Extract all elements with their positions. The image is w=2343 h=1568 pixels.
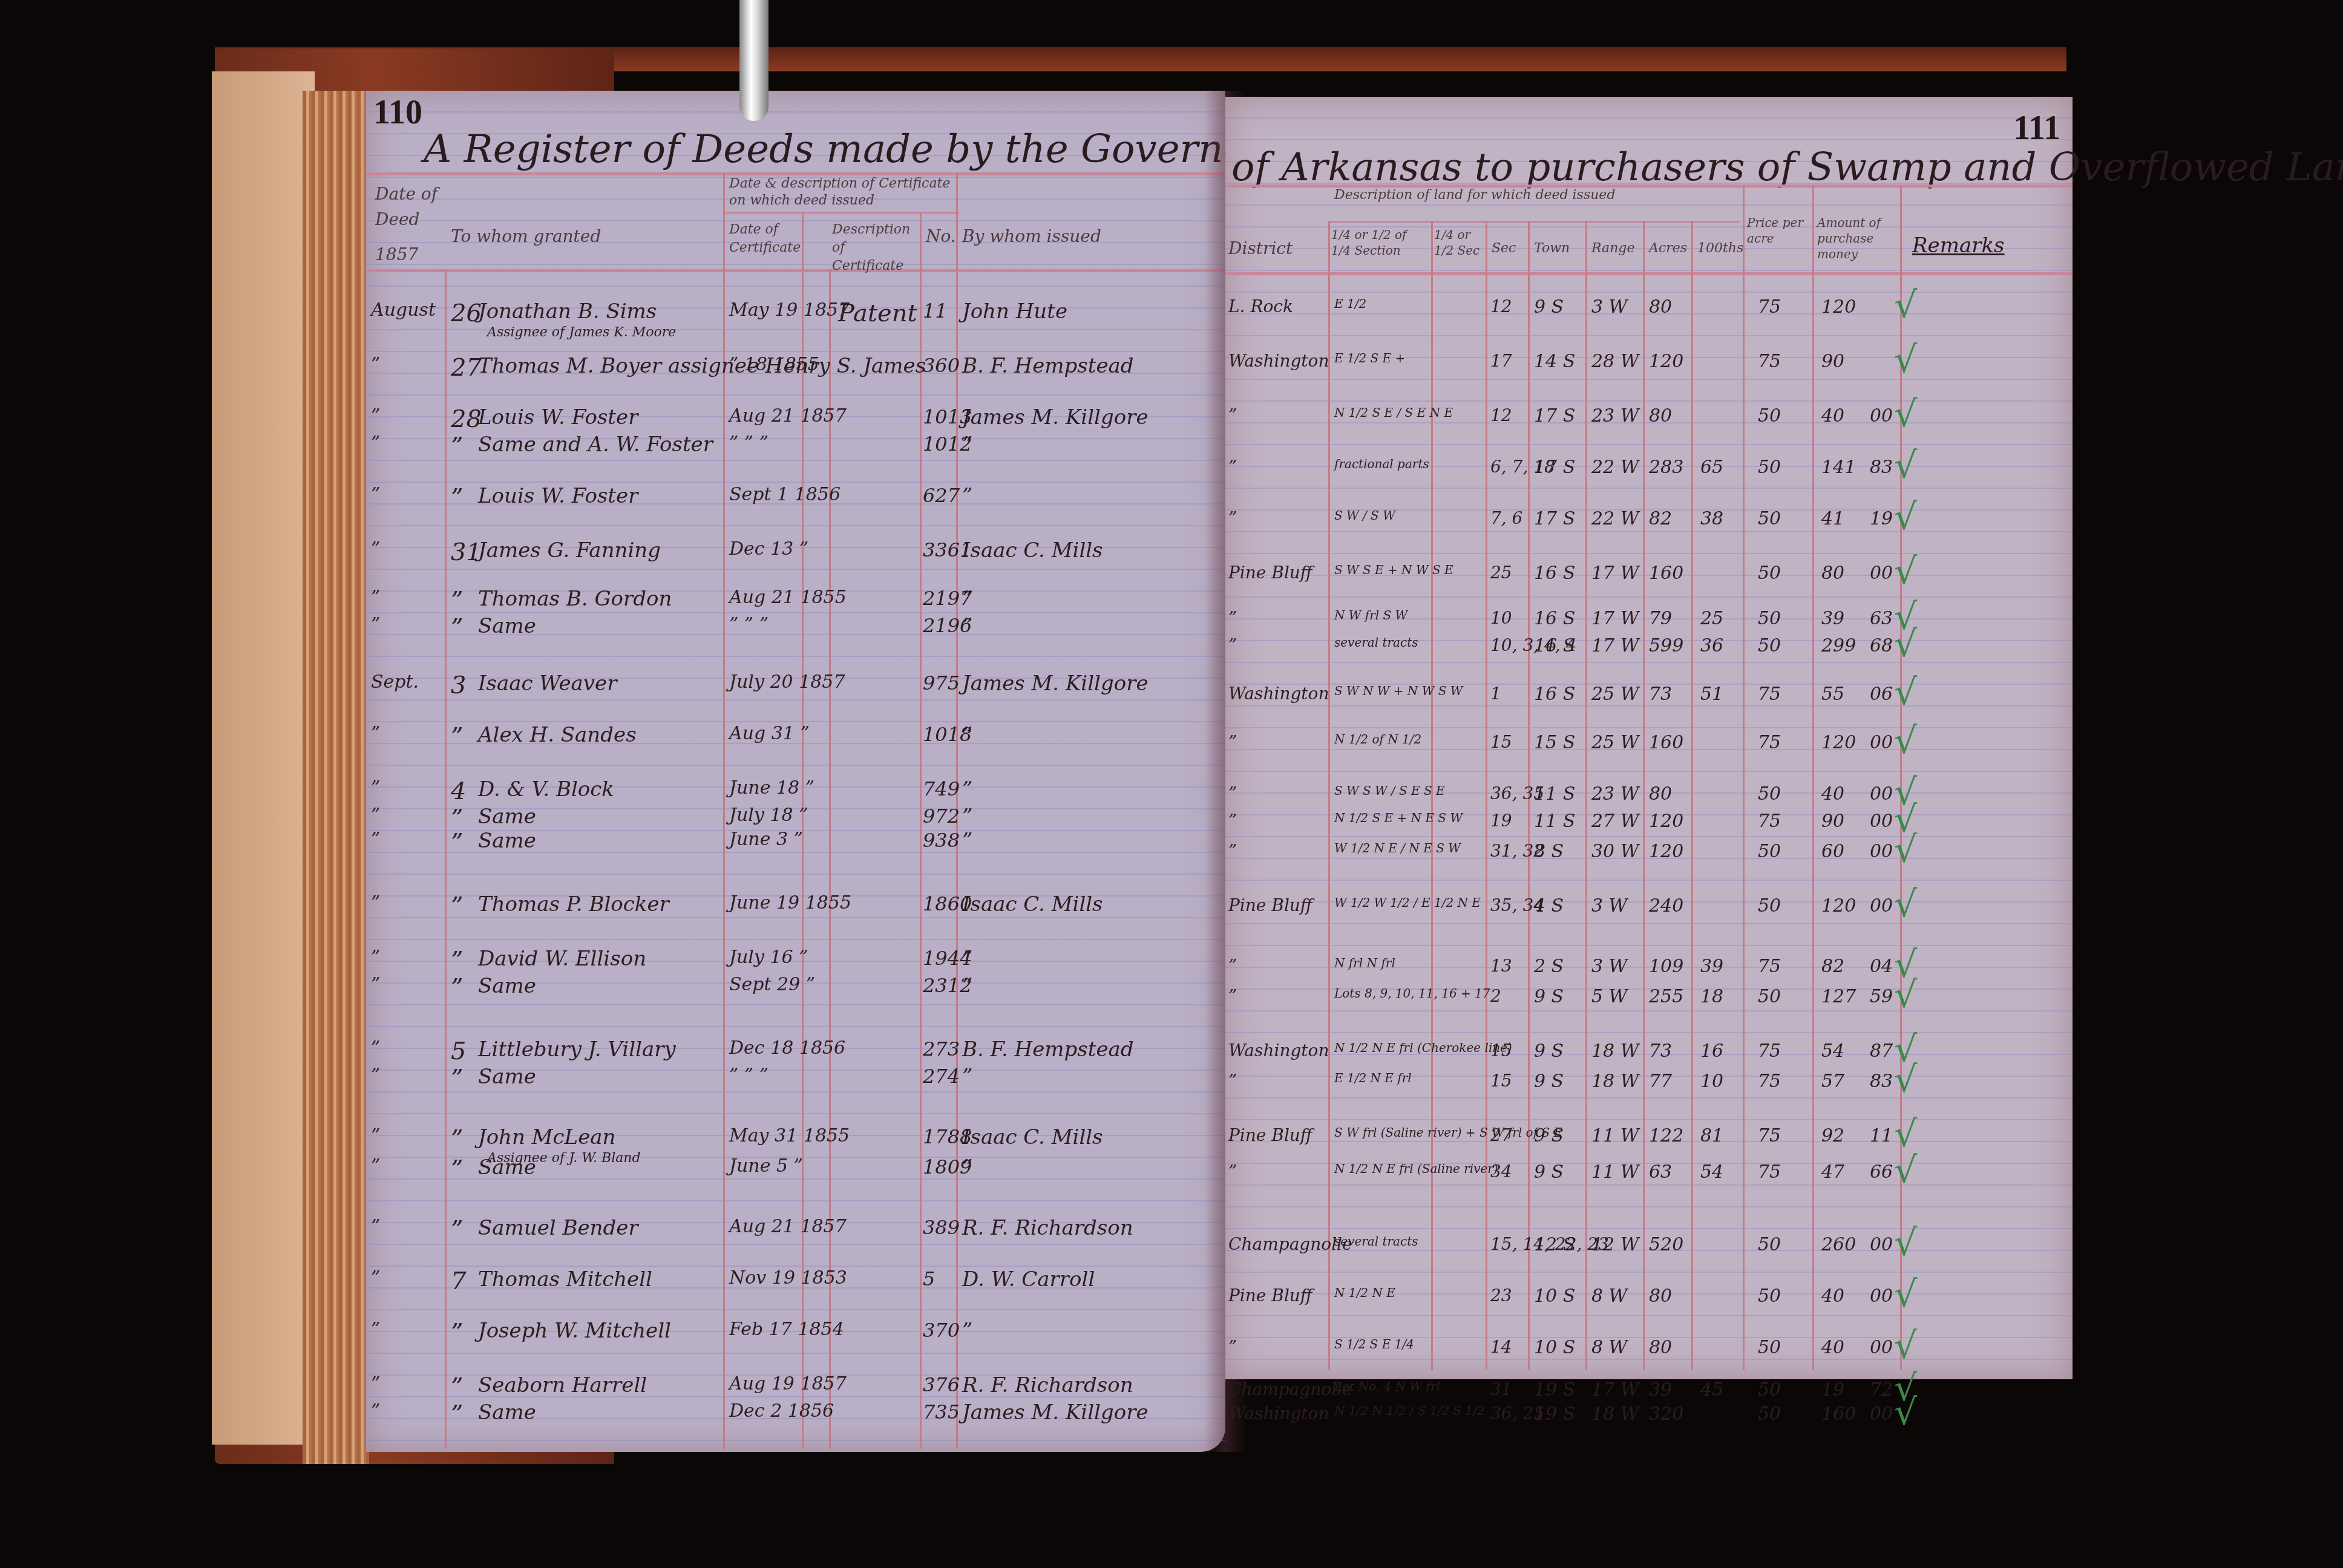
purchase-amount: 41 [1821,508,1844,529]
land-description: S W S E + N W S E [1334,563,1453,577]
township: 12 S [1534,1234,1575,1255]
issued-by: Isaac C. Mills [962,538,1103,563]
district: Champagnolle [1228,1379,1352,1399]
certificate-date: June 18 ” [729,777,814,799]
certificate-date: ” 18 1855 [729,354,819,375]
issued-by: ” [962,484,972,508]
acres-hundredths: 81 [1700,1125,1723,1146]
deed-day: 26 [451,299,482,327]
purchase-amount-cents: 00 [1870,841,1893,862]
header-sec: Sec [1492,236,1516,261]
section: 14 [1490,1337,1512,1357]
range: 18 W [1591,1040,1639,1062]
certificate-number: 735 [923,1400,960,1423]
certificate-date: May 19 1857 [729,299,850,321]
certificate-date: Nov 19 1853 [729,1267,847,1289]
township: 19 S [1534,1379,1575,1400]
section: 31 [1490,1379,1512,1399]
land-description: Lot No. 4 N W frl [1334,1379,1440,1394]
price-per-acre: 50 [1758,457,1781,478]
purchase-amount: 40 [1821,405,1844,426]
purchase-amount: 120 [1821,732,1856,753]
header-number: No. [926,224,956,249]
price-per-acre: 50 [1758,1285,1781,1307]
purchase-amount: 40 [1821,783,1844,805]
issued-by: ” [962,1155,972,1180]
range: 23 W [1591,405,1639,426]
deed-day: ” [451,1373,463,1401]
checkmark-icon: √ [1894,393,1917,436]
district: ” [1228,405,1237,425]
purchase-amount-cents: 00 [1870,1285,1893,1307]
grantee-name: Thomas M. Boyer assignee Henry S. James [478,354,926,378]
certificate-date: Dec 13 ” [729,538,808,560]
certificate-date: Aug 21 1857 [729,405,847,426]
price-per-acre: 50 [1758,635,1781,656]
issued-by: R. F. Richardson [962,1373,1133,1397]
land-description: fractional parts [1334,457,1429,471]
deed-month: ” [371,1216,380,1237]
purchase-amount-cents: 00 [1870,563,1893,584]
township: 8 S [1534,841,1564,862]
checkmark-icon: √ [1894,623,1917,665]
header-remarks: Remarks [1912,233,2005,258]
deed-day: ” [451,1319,463,1347]
acres: 320 [1649,1403,1683,1425]
deed-day: ” [451,1216,463,1244]
price-per-acre: 75 [1758,1071,1781,1092]
section: 15 [1490,732,1512,752]
section: 15 [1490,1040,1512,1060]
range: 3 W [1591,296,1627,318]
purchase-amount-cents: 04 [1870,956,1893,977]
certificate-number: 389 [923,1216,960,1239]
header-hundredths: 100ths [1697,236,1743,261]
township: 10 S [1534,1337,1575,1358]
township: 9 S [1534,296,1564,318]
section: 12 [1490,296,1512,316]
purchase-amount: 60 [1821,841,1844,862]
checkmark-icon: √ [1894,1222,1917,1264]
grantee-name: Same [478,1065,536,1089]
deed-month: Sept. [371,671,419,693]
district: Pine Bluff [1228,1125,1312,1145]
purchase-amount: 299 [1821,635,1856,656]
acres: 109 [1649,956,1683,977]
purchase-amount-cents: 00 [1870,811,1893,832]
township: 14 S [1534,351,1575,372]
header-by-whom-issued: By whom issued [962,224,1101,249]
col-divider [445,269,447,1449]
range: 28 W [1591,351,1639,372]
purchase-amount: 55 [1821,684,1844,705]
header-to-whom-granted: To whom granted [451,224,601,249]
checkmark-icon: √ [1894,1059,1917,1101]
acres: 80 [1649,783,1672,805]
land-description: S W N W + N W S W [1334,684,1463,698]
land-description: E 1/2 S E + [1334,351,1405,365]
grantee-name: Jonathan B. Sims [478,299,657,324]
issued-by: James M. Killgore [962,405,1149,430]
price-per-acre: 50 [1758,1234,1781,1255]
grantee-name: Alex H. Sandes [478,723,637,747]
purchase-amount: 54 [1821,1040,1844,1062]
range: 18 W [1591,1403,1639,1425]
deed-month: ” [371,947,380,968]
section: 2 [1490,986,1501,1006]
header-bottom-rule [1225,272,2073,275]
township: 15 S [1534,732,1575,753]
purchase-amount: 120 [1821,296,1856,318]
section: 7, 6 [1490,508,1522,528]
col-divider [1643,221,1645,1370]
acres: 240 [1649,895,1683,916]
issued-by: ” [962,1319,972,1343]
purchase-amount-cents: 00 [1870,783,1893,805]
township: 17 S [1534,508,1575,529]
price-per-acre: 50 [1758,608,1781,629]
range: 27 W [1591,811,1639,832]
acres-hundredths: 54 [1700,1161,1723,1183]
deed-day: ” [451,947,463,975]
grantee-name: Same and A. W. Foster [478,433,713,457]
land-description: N 1/2 N E frl (Saline river) [1334,1161,1498,1176]
certificate-date: June 5 ” [729,1155,803,1177]
price-per-acre: 50 [1758,986,1781,1007]
price-per-acre: 75 [1758,684,1781,705]
acres-hundredths: 51 [1700,684,1723,705]
grantee-name: Louis W. Foster [478,405,638,430]
township: 11 S [1534,811,1575,832]
range: 8 W [1591,1337,1627,1358]
acres: 77 [1649,1071,1672,1092]
district: Washington [1228,1403,1329,1423]
issued-by: ” [962,947,972,971]
grantee-name: Isaac Weaver [478,671,617,696]
purchase-amount-cents: 66 [1870,1161,1893,1183]
range: 23 W [1591,783,1639,805]
district: ” [1228,841,1237,861]
certificate-number: 749 [923,777,960,800]
price-per-acre: 75 [1758,956,1781,977]
purchase-amount: 57 [1821,1071,1844,1092]
deed-month: ” [371,1319,380,1340]
grantee-name: Thomas P. Blocker [478,892,669,916]
district: ” [1228,457,1237,477]
section: 10 [1490,608,1512,628]
district: ” [1228,811,1237,831]
district: ” [1228,1337,1237,1357]
deed-day: 5 [451,1037,466,1065]
purchase-amount: 160 [1821,1403,1856,1425]
certificate-date: Sept 29 ” [729,974,815,995]
col-divider [920,212,922,1449]
range: 22 W [1591,508,1639,529]
deed-day: ” [451,723,463,751]
page-number-left: 110 [373,93,422,132]
purchase-amount-cents: 87 [1870,1040,1893,1062]
price-per-acre: 50 [1758,1337,1781,1358]
purchase-amount-cents: 00 [1870,732,1893,753]
issued-by: James M. Killgore [962,1400,1149,1425]
grantee-name: Joseph W. Mitchell [478,1319,671,1343]
deed-month: ” [371,484,380,505]
deed-month: ” [371,974,380,995]
township: 17 S [1534,457,1575,478]
certificate-date: Aug 31 ” [729,723,810,744]
section: 25 [1490,563,1512,583]
range: 3 W [1591,895,1627,916]
flyleaf [212,71,315,1445]
price-per-acre: 75 [1758,1161,1781,1183]
certificate-number: 938 [923,829,960,852]
certificate-date: Dec 18 1856 [729,1037,845,1059]
deed-day: 28 [451,405,482,433]
deed-day: 3 [451,671,466,699]
deed-month: ” [371,1065,380,1086]
col-divider [1691,221,1693,1370]
acres: 80 [1649,1337,1672,1358]
grantee-name: James G. Fanning [478,538,661,563]
certificate-date: July 18 ” [729,805,808,826]
deed-month: ” [371,1267,380,1289]
price-per-acre: 50 [1758,508,1781,529]
section: 23 [1490,1285,1512,1305]
price-per-acre: 50 [1758,1379,1781,1400]
checkmark-icon: √ [1894,284,1917,327]
purchase-amount: 90 [1821,351,1844,372]
header-acres: Acres [1649,236,1687,261]
acres: 599 [1649,635,1683,656]
deed-day: ” [451,614,463,642]
left-page: 110 A Register of Deeds made by the Gove… [366,91,1225,1452]
deed-day: 7 [451,1267,466,1295]
deed-day: ” [451,1400,463,1428]
township: 11 S [1534,783,1575,805]
land-description: several tracts [1334,1234,1418,1249]
deed-day: ” [451,484,463,512]
purchase-amount-cents: 00 [1870,405,1893,426]
grantee-name: Littlebury J. Villary [478,1037,676,1062]
checkmark-icon: √ [1894,339,1917,381]
purchase-amount-cents: 72 [1870,1379,1893,1400]
township: 4 S [1534,895,1564,916]
certificate-description: Patent [838,299,917,327]
section: 27 [1490,1125,1512,1145]
price-per-acre: 75 [1758,296,1781,318]
issued-by: D. W. Carroll [962,1267,1095,1292]
township: 16 S [1534,635,1575,656]
header-land-group: Description of land for which deed issue… [1334,188,1734,203]
section: 17 [1490,351,1512,371]
deed-day: ” [451,433,463,460]
deed-month: ” [371,614,380,635]
grantee-name: Thomas B. Gordon [478,587,672,611]
district: ” [1228,635,1237,655]
range: 22 W [1591,457,1639,478]
issued-by: B. F. Hempstead [962,354,1134,378]
header-date-of-deed: Date of Deed [375,181,442,232]
purchase-amount-cents: 83 [1870,457,1893,478]
certificate-date: June 3 ” [729,829,803,850]
acres-hundredths: 25 [1700,608,1723,629]
land-description: S W frl (Saline river) + S W frl of S E [1334,1125,1562,1140]
purchase-amount-cents: 19 [1870,508,1893,529]
range: 8 W [1591,1285,1627,1307]
grantee-name: David W. Ellison [478,947,646,971]
acres: 82 [1649,508,1672,529]
deed-month: ” [371,538,380,560]
acres: 80 [1649,1285,1672,1307]
right-page: 111 of Arkansas to purchasers of Swamp a… [1225,97,2073,1379]
certificate-date: ” ” ” [729,1065,768,1086]
range: 3 W [1591,956,1627,977]
col-divider [1812,185,1814,1370]
range: 17 W [1591,563,1639,584]
checkmark-icon: √ [1894,1149,1917,1192]
acres: 120 [1649,841,1683,862]
certificate-date: July 20 1857 [729,671,845,693]
deed-month: ” [371,433,380,454]
township: 9 S [1534,1125,1564,1146]
deed-month: ” [371,587,380,608]
price-per-acre: 75 [1758,1040,1781,1062]
district: ” [1228,783,1237,803]
certificate-number: 5 [923,1267,935,1290]
page-number-right: 111 [2013,109,2060,148]
purchase-amount: 40 [1821,1337,1844,1358]
acres: 39 [1649,1379,1672,1400]
purchase-amount-cents: 68 [1870,635,1893,656]
acres: 80 [1649,405,1672,426]
district: Washington [1228,351,1329,371]
issued-by: John Hute [962,299,1067,324]
acres-hundredths: 16 [1700,1040,1723,1062]
deed-month: ” [371,723,380,744]
acres: 63 [1649,1161,1672,1183]
land-description: S W S W / S E S E [1334,783,1445,798]
issued-by: James M. Killgore [962,671,1149,696]
acres: 283 [1649,457,1683,478]
checkmark-icon: √ [1894,445,1917,487]
deed-day: 31 [451,538,482,566]
range: 5 W [1591,986,1627,1007]
acres-hundredths: 38 [1700,508,1723,529]
land-description: N 1/2 of N 1/2 [1334,732,1421,746]
acres: 160 [1649,732,1683,753]
price-per-acre: 75 [1758,351,1781,372]
issued-by: ” [962,829,972,853]
issued-by: Isaac C. Mills [962,1125,1103,1149]
certificate-number: 273 [923,1037,960,1060]
certificate-date: Dec 2 1856 [729,1400,834,1422]
price-per-acre: 50 [1758,563,1781,584]
header-quarter-section: 1/4 or 1/2 of 1/4 Section [1331,227,1428,258]
issued-by: ” [962,614,972,638]
township: 9 S [1534,1161,1564,1183]
deed-day: ” [451,1155,463,1183]
deed-month: ” [371,405,380,426]
township: 9 S [1534,986,1564,1007]
acres-hundredths: 10 [1700,1071,1723,1092]
land-description: N 1/2 N 1/2 / S 1/2 S 1/2 [1334,1403,1485,1418]
acres-hundredths: 45 [1700,1379,1723,1400]
issued-by: ” [962,777,972,802]
township: 9 S [1534,1071,1564,1092]
section: 34 [1490,1161,1512,1181]
district: ” [1228,608,1237,628]
col-divider [1743,185,1745,1370]
township: 16 S [1534,608,1575,629]
checkmark-icon: √ [1894,1325,1917,1367]
deed-day: ” [451,892,463,920]
purchase-amount: 127 [1821,986,1856,1007]
range: 17 W [1591,635,1639,656]
township: 10 S [1534,1285,1575,1307]
header-amount: Amount of purchase money [1817,215,1896,262]
deed-month: ” [371,1155,380,1177]
checkmark-icon: √ [1894,974,1917,1016]
deed-day: ” [451,1065,463,1093]
section: 15 [1490,1071,1512,1091]
header-quarter-sec: 1/4 or 1/2 Sec [1434,227,1483,258]
deed-month: ” [371,1125,380,1146]
acres-hundredths: 36 [1700,635,1723,656]
header-cert-group: Date & description of Certificate on whi… [729,175,953,209]
purchase-amount: 141 [1821,457,1856,478]
deed-day: ” [451,587,463,615]
purchase-amount-cents: 06 [1870,684,1893,705]
issued-by: R. F. Richardson [962,1216,1133,1240]
checkmark-icon: √ [1894,720,1917,762]
checkmark-icon: √ [1894,829,1917,871]
deed-month: ” [371,829,380,850]
price-per-acre: 50 [1758,783,1781,805]
certificate-date: Aug 21 1857 [729,1216,847,1237]
acres: 79 [1649,608,1672,629]
certificate-date: July 16 ” [729,947,808,968]
land-description: N 1/2 N E frl (Cherokee line) [1334,1040,1512,1055]
district: ” [1228,986,1237,1006]
acres: 520 [1649,1234,1683,1255]
land-description: S W / S W [1334,508,1395,523]
header-bottom-rule [366,269,1225,272]
grantee-name: Thomas Mitchell [478,1267,652,1292]
issued-by: ” [962,974,972,998]
purchase-amount-cents: 00 [1870,895,1893,916]
grantee-name: Same [478,829,536,853]
district: ” [1228,1071,1237,1091]
purchase-amount-cents: 00 [1870,1234,1893,1255]
acres-hundredths: 39 [1700,956,1723,977]
land-description: N 1/2 S E + N E S W [1334,811,1463,825]
checkmark-icon: √ [1894,1391,1917,1434]
header-price-per-acre: Price per acre [1747,215,1810,246]
price-per-acre: 50 [1758,895,1781,916]
purchase-amount-cents: 63 [1870,608,1893,629]
cert-group-rule [723,212,959,214]
purchase-amount-cents: 11 [1870,1125,1893,1146]
certificate-number: 274 [923,1065,960,1088]
grantee-name: Louis W. Foster [478,484,638,508]
deed-month: ” [371,892,380,913]
price-per-acre: 75 [1758,732,1781,753]
purchase-amount-cents: 00 [1870,1403,1893,1425]
checkmark-icon: √ [1894,550,1917,593]
price-per-acre: 50 [1758,1403,1781,1425]
certificate-number: 360 [923,354,960,377]
certificate-number: 376 [923,1373,960,1396]
